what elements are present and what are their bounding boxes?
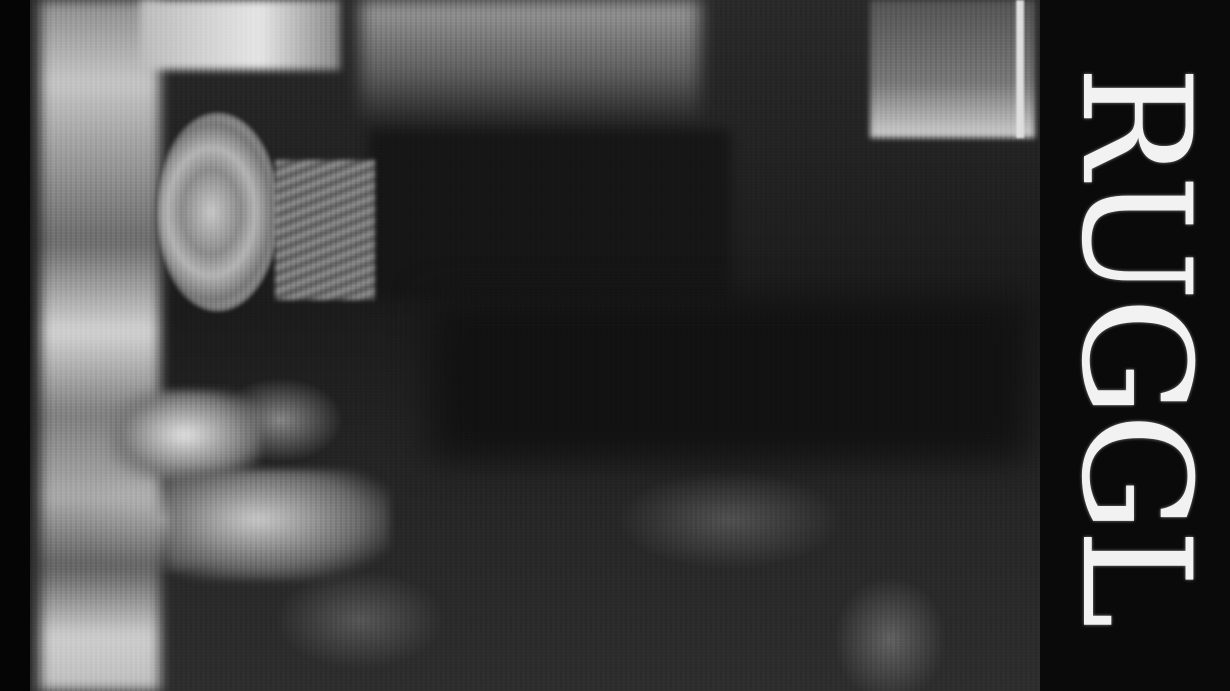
- cover-image: RUGGL: [0, 0, 1230, 691]
- left-border: [0, 0, 30, 691]
- photograph: [30, 0, 1040, 691]
- film-grain: [30, 0, 1040, 691]
- cover-title: RUGGL: [1060, 66, 1210, 625]
